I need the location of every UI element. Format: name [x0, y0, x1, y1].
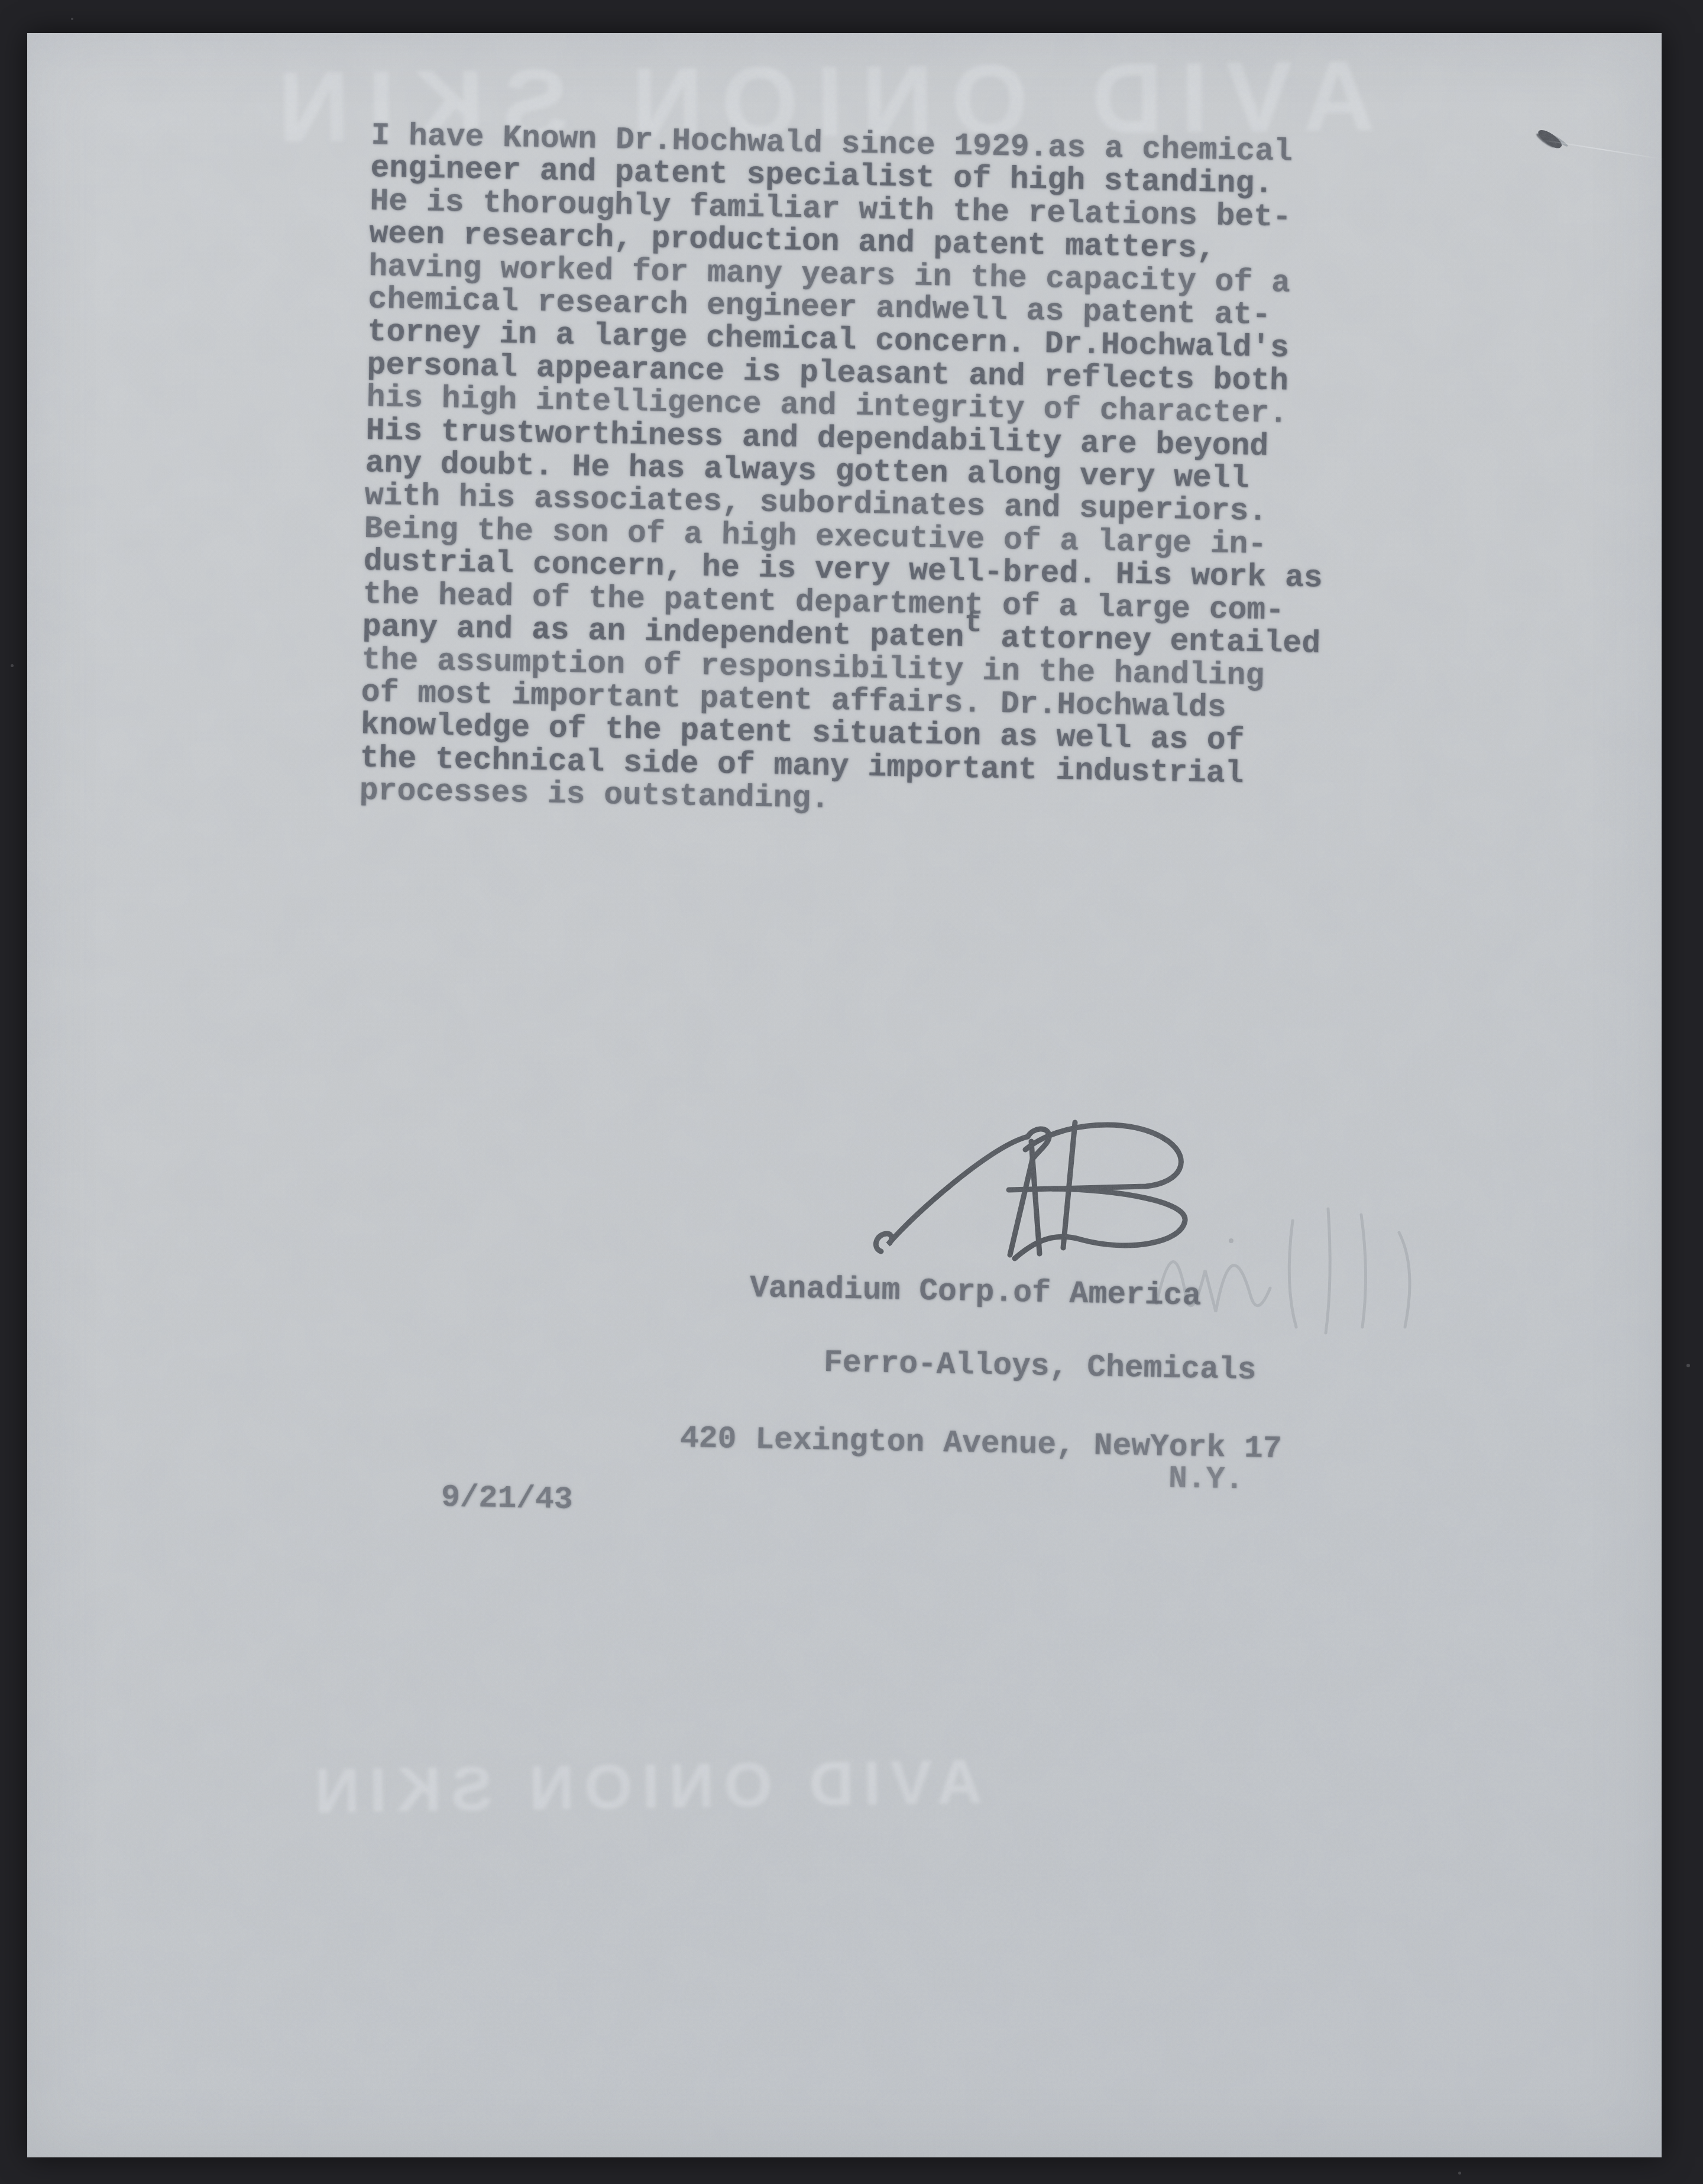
- paper-grain-overlay: [27, 33, 1662, 2157]
- dust-speck: [11, 664, 14, 667]
- scan-background: { "letter": { "lines": [ "I have Known D…: [0, 0, 1703, 2184]
- dust-speck: [71, 18, 73, 20]
- paper-sheet: AVID ONION SKIN AVID ONION SKIN I have K…: [27, 33, 1662, 2157]
- dust-speck: [1458, 2172, 1461, 2175]
- dust-speck: [1686, 1364, 1690, 1367]
